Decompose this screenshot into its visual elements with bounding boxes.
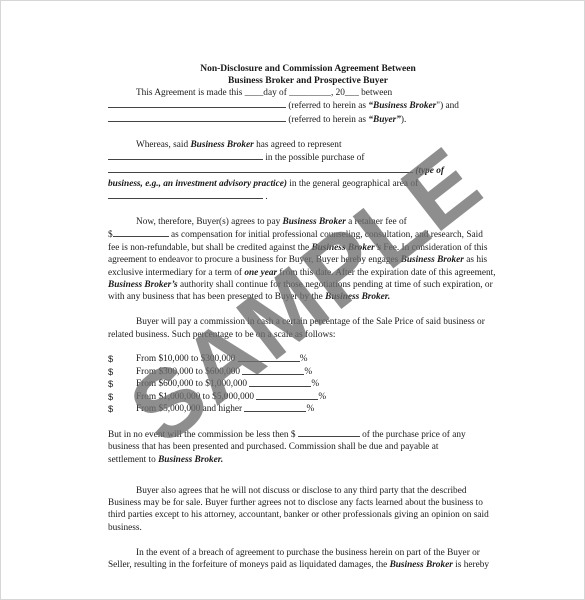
retainer-text: fee is non-refundable, but shall be cred… <box>108 243 311 253</box>
intro-line-2: (referred to herein as “Business Broker"… <box>108 99 508 112</box>
breach-line-2: Seller, resulting in the forfeiture of m… <box>108 559 508 571</box>
whereas-text: (type of <box>413 166 444 176</box>
intro-line-1: This Agreement is made this ____day of _… <box>108 87 508 99</box>
disclosure-line-1: Buyer also agrees that he will not discu… <box>108 485 508 497</box>
commission-scale-row: $From $600,000 to $1,000,000 % <box>108 378 508 390</box>
retainer-line-7: with any business that has been presente… <box>108 291 508 303</box>
dollar-bullet-icon: $ <box>108 366 136 378</box>
retainer-text: a retainer fee of <box>346 217 407 227</box>
whereas-text: business, e.g., an investment advisory p… <box>108 179 287 189</box>
whereas-text: in the general geographical area of <box>287 179 418 189</box>
role-buyer: “Buyer” <box>368 115 401 125</box>
percentage-blank <box>242 366 304 375</box>
commission-line-2: related business. Such percentage to be … <box>108 329 508 341</box>
intro-text: (referred to herein as <box>288 101 368 111</box>
retainer-text: as his <box>464 255 487 265</box>
percent-sign: % <box>311 378 319 390</box>
scale-range-label: From $5,000,000 and higher <box>136 403 242 415</box>
minimum-line-3: settlement to Business Broker. <box>108 454 508 466</box>
percent-sign: % <box>318 391 326 403</box>
retainer-text: from this date. After the expiration dat… <box>277 268 495 278</box>
commission-scale-row: $From $1,000,000 to $5,000,000 % <box>108 391 508 403</box>
percentage-blank <box>238 353 300 362</box>
percentage-blank <box>256 391 318 400</box>
minimum-text: of the purchase price of any <box>360 430 466 440</box>
commission-scale-row: $From $300,000 to $600,000 % <box>108 366 508 378</box>
retainer-line-2: $ as compensation for initial profession… <box>108 228 508 241</box>
retainer-text: exclusive intermediary for a term of <box>108 268 244 278</box>
role-business-broker: Business Broker <box>190 140 253 150</box>
document-page: Non-Disclosure and Commission Agreement … <box>0 0 585 600</box>
blank-field <box>108 164 413 173</box>
retainer-text: agreement to endeavor to procure a busin… <box>108 255 401 265</box>
whereas-line-5: . <box>108 190 508 203</box>
retainer-text: authority shall continue for those negot… <box>178 280 493 290</box>
retainer-line-1: Now, therefore, Buyer(s) agrees to pay B… <box>108 216 508 228</box>
title-line-2: Business Broker and Prospective Buyer <box>108 75 508 87</box>
percent-sign: % <box>306 403 314 415</box>
retainer-line-3: fee is non-refundable, but shall be cred… <box>108 242 508 254</box>
whereas-line-1: Whereas, said Business Broker has agreed… <box>108 139 508 151</box>
dollar-bullet-icon: $ <box>108 391 136 403</box>
breach-line-1: In the event of a breach of agreement to… <box>108 547 508 559</box>
retainer-amount-blank <box>113 228 169 237</box>
minimum-text: settlement to <box>108 455 158 465</box>
whereas-line-4: business, e.g., an investment advisory p… <box>108 178 508 190</box>
scale-range-label: From $10,000 to $300,000 <box>136 353 235 365</box>
whereas-text: Whereas, said <box>136 140 190 150</box>
whereas-line-2: in the possible purchase of <box>108 151 508 164</box>
scale-range-label: From $300,000 to $600,000 <box>136 366 240 378</box>
commission-scale-row: $From $5,000,000 and higher % <box>108 403 508 415</box>
dollar-bullet-icon: $ <box>108 378 136 390</box>
role-business-broker: Business Broker’s <box>311 243 381 253</box>
whereas-text: has agreed to represent <box>254 140 342 150</box>
percentage-blank <box>249 378 311 387</box>
role-business-broker: Business Broker. <box>158 455 223 465</box>
blank-field <box>108 151 263 160</box>
agreement-document: Non-Disclosure and Commission Agreement … <box>108 63 508 571</box>
role-business-broker: Business Broker. <box>325 292 390 302</box>
whereas-text: in the possible purchase of <box>263 153 364 163</box>
blank-field <box>108 190 263 199</box>
commission-scale-list: $From $10,000 to $300,000 %$From $300,00… <box>108 353 508 415</box>
minimum-line-1: But in no event will the commission be l… <box>108 428 508 441</box>
breach-text: Seller, resulting in the forfeiture of m… <box>108 560 390 570</box>
retainer-line-6: Business Broker’s authority shall contin… <box>108 279 508 291</box>
disclosure-line-2: Business may be for sale. Buyer further … <box>108 497 508 509</box>
minimum-line-2: business that has been presented and pur… <box>108 441 508 453</box>
intro-text: (referred to herein as <box>288 115 368 125</box>
role-business-broker: Business Broker <box>401 255 464 265</box>
breach-text: is hereby <box>453 560 489 570</box>
scale-range-label: From $1,000,000 to $5,000,000 <box>136 391 254 403</box>
intro-text: ") and <box>436 101 459 111</box>
scale-range-label: From $600,000 to $1,000,000 <box>136 378 247 390</box>
party-blank <box>108 99 286 108</box>
commission-line-1: Buyer will pay a commission in cash a ce… <box>108 316 508 328</box>
disclosure-line-4: business. <box>108 522 508 534</box>
retainer-line-4: agreement to endeavor to procure a busin… <box>108 254 508 266</box>
disclosure-line-3: third parties except to his attorney, ac… <box>108 509 508 521</box>
percent-sign: % <box>300 353 308 365</box>
term-one-year: one year <box>244 268 277 278</box>
whereas-text: . <box>263 192 268 202</box>
percentage-blank <box>244 403 306 412</box>
dollar-bullet-icon: $ <box>108 353 136 365</box>
role-business-broker: Business Broker <box>283 217 346 227</box>
intro-text: This Agreement is made this ____day of _… <box>136 88 392 98</box>
retainer-line-5: exclusive intermediary for a term of one… <box>108 267 508 279</box>
dollar-bullet-icon: $ <box>108 403 136 415</box>
commission-scale-row: $From $10,000 to $300,000 % <box>108 353 508 365</box>
intro-text: ). <box>401 115 406 125</box>
retainer-text: with any business that has been presente… <box>108 292 325 302</box>
retainer-text: Fee. In consideration of this <box>381 243 487 253</box>
minimum-text: But in no event will the commission be l… <box>108 430 298 440</box>
role-business-broker: Business Broker <box>390 560 453 570</box>
title-line-1: Non-Disclosure and Commission Agreement … <box>108 63 508 75</box>
intro-line-3: (referred to herein as “Buyer”). <box>108 113 508 126</box>
whereas-line-3: (type of <box>108 164 508 177</box>
minimum-amount-blank <box>298 428 360 437</box>
retainer-text: as compensation for initial professional… <box>169 230 483 240</box>
percent-sign: % <box>304 366 312 378</box>
role-business-broker: “Business Broker <box>368 101 436 111</box>
role-business-broker: Business Broker’s <box>108 280 178 290</box>
party-blank <box>108 113 286 122</box>
retainer-text: Now, therefore, Buyer(s) agrees to pay <box>136 217 283 227</box>
